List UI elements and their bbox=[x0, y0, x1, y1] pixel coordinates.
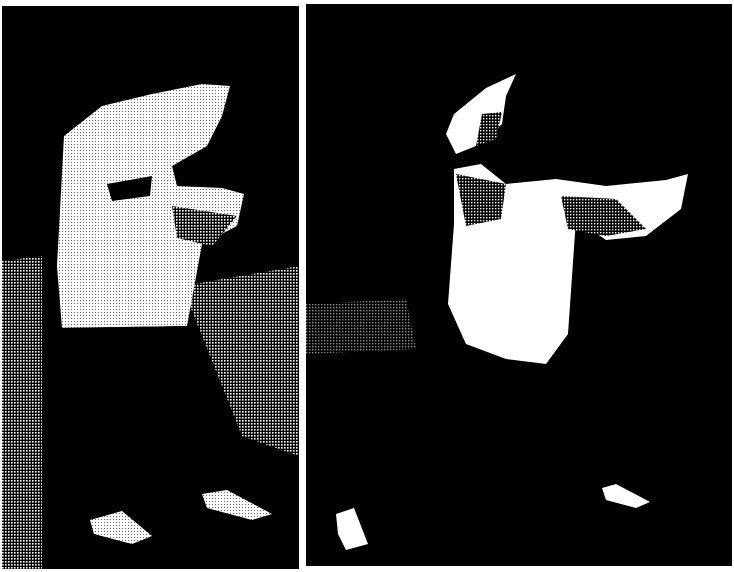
figure-right-illustration bbox=[306, 4, 732, 566]
photo-frame bbox=[0, 0, 734, 572]
photo-panel-left bbox=[2, 6, 299, 569]
photo-panel-right bbox=[306, 4, 732, 566]
figure-left-illustration bbox=[2, 6, 299, 569]
